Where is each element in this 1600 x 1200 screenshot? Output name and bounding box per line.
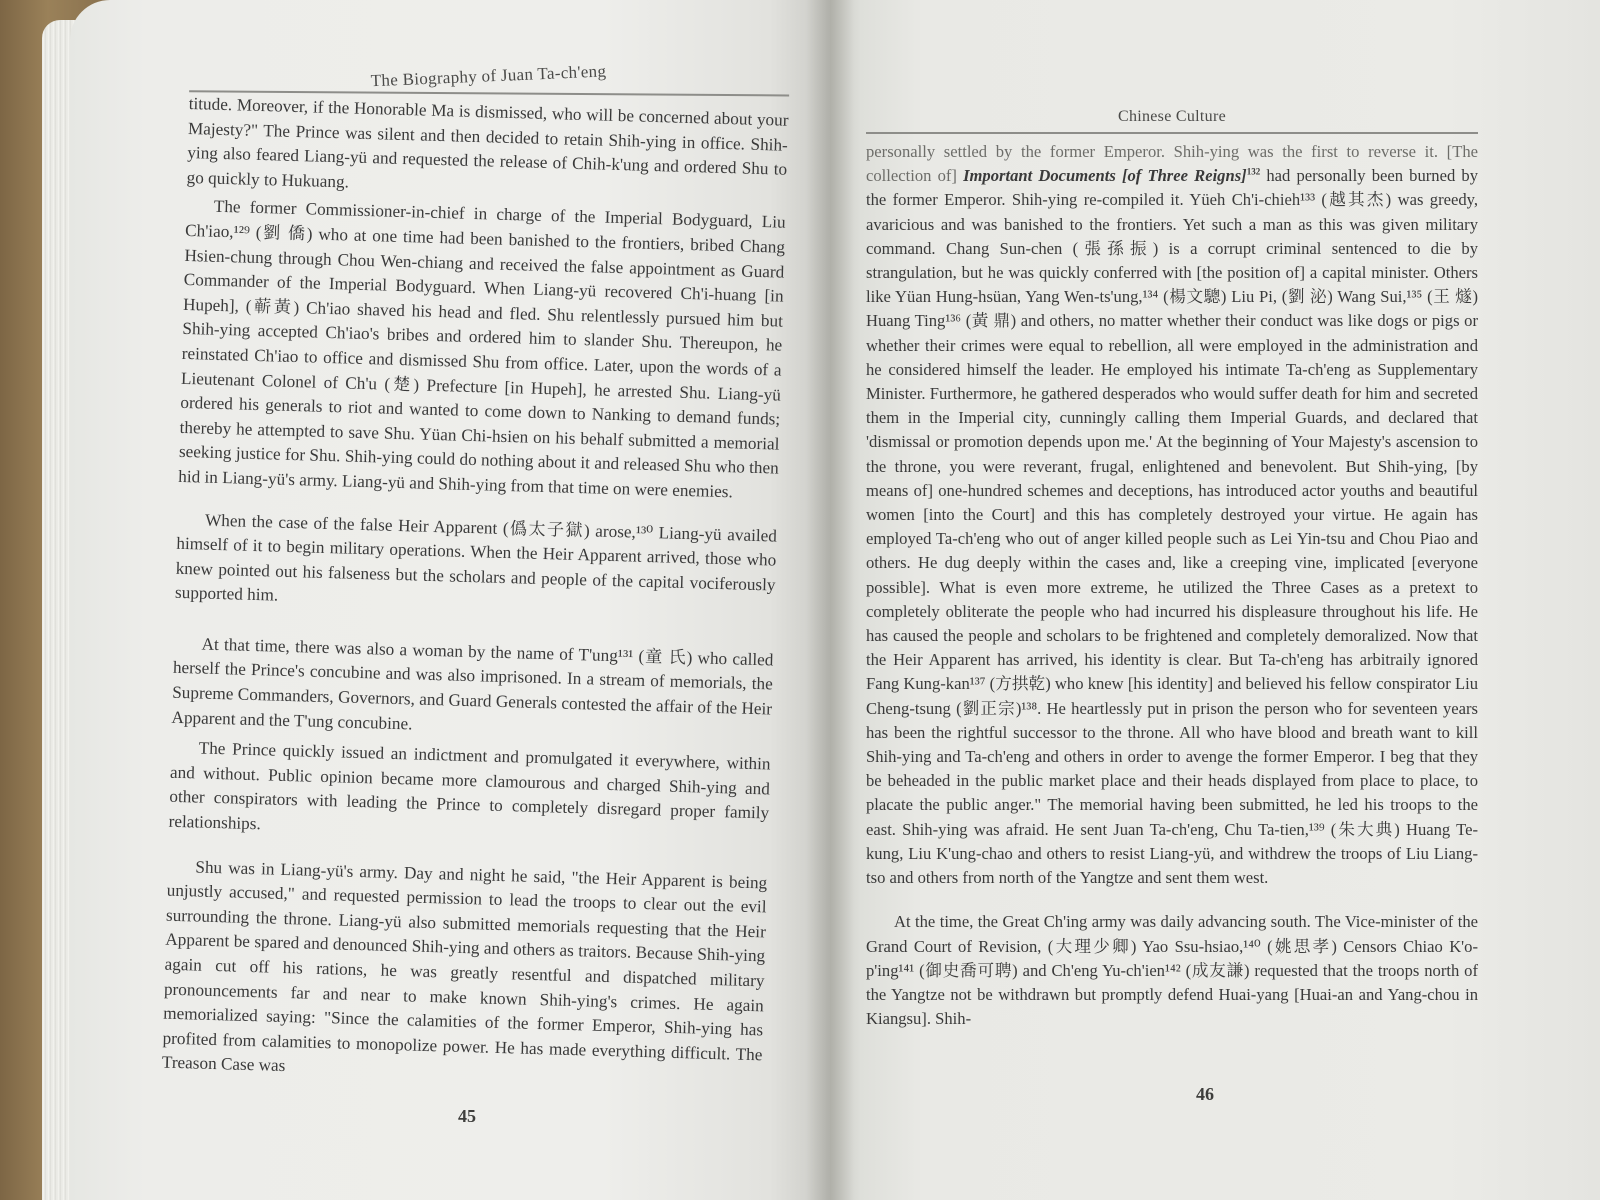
paragraph: Shu was in Liang-yü's army. Day and nigh…	[162, 854, 768, 1092]
right-running-head: Chinese Culture	[866, 108, 1478, 132]
paragraph: The Prince quickly issued an indictment …	[168, 736, 771, 851]
left-page-number: 45	[458, 1106, 476, 1127]
paragraph: personally settled by the former Emperor…	[866, 140, 1478, 890]
right-header-rule	[866, 132, 1478, 134]
paragraph-rest: had personally been burned by the former…	[866, 166, 1478, 887]
paragraph: At the time, the Great Ch'ing army was d…	[866, 910, 1478, 1031]
open-book: The Biography of Juan Ta-ch'eng titude. …	[30, 0, 1600, 1200]
paragraph: At that time, there was also a woman by …	[171, 632, 774, 747]
paragraph: When the case of the false Heir Apparent…	[175, 507, 778, 622]
left-running-head: The Biography of Juan Ta-ch'eng	[188, 54, 789, 105]
footnote-ref: 132	[1247, 167, 1261, 177]
paragraph: The former Commissioner-in-chief in char…	[178, 194, 786, 506]
right-page-number: 46	[1196, 1084, 1214, 1105]
left-page: The Biography of Juan Ta-ch'eng titude. …	[70, 0, 830, 1200]
right-page: Chinese Culture personally settled by th…	[830, 0, 1600, 1200]
book-title: Important Documents [of Three Reigns]	[963, 166, 1247, 185]
right-text-block: Chinese Culture personally settled by th…	[866, 108, 1478, 1051]
left-text-block: The Biography of Juan Ta-ch'eng titude. …	[161, 58, 790, 1112]
paragraph: titude. Moreover, if the Honorable Ma is…	[186, 92, 789, 207]
